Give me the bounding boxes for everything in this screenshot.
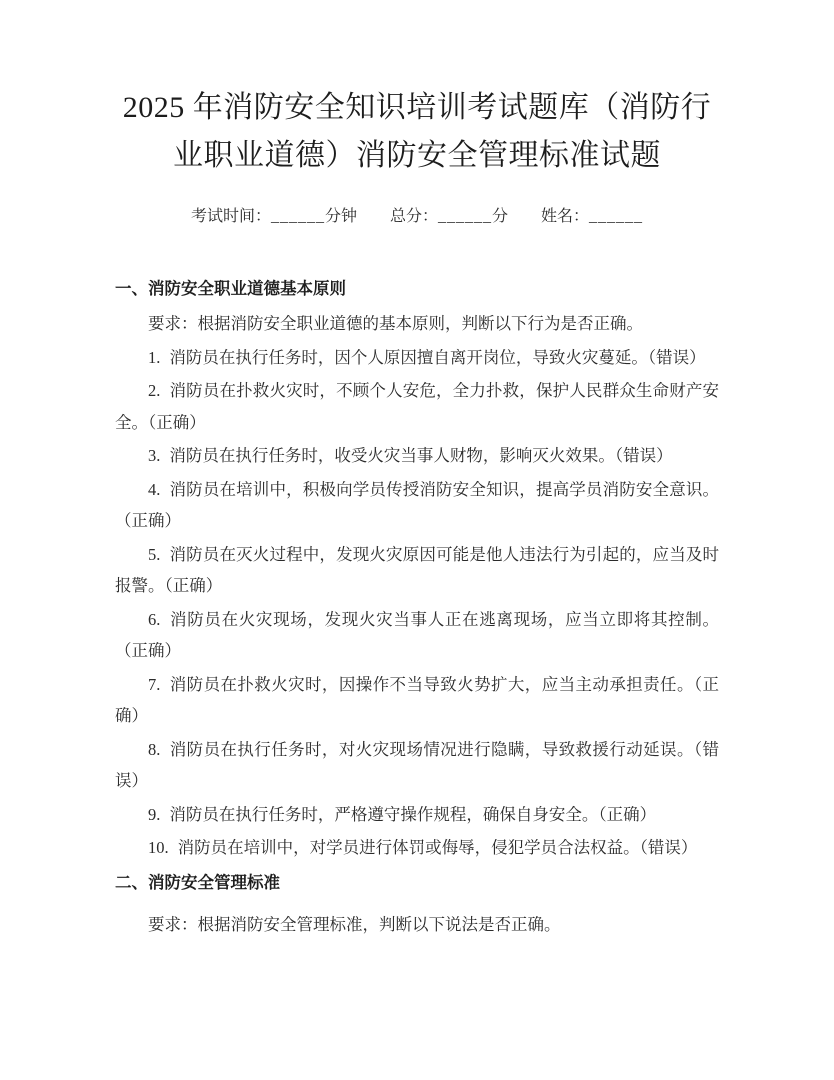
question-2-text: 消防员在扑救火灾时，不顾个人安危，全力扑救，保护人民群众生命财产安全。（正确） [115, 381, 719, 432]
section-2-heading: 二、消防安全管理标准 [115, 867, 719, 899]
question-10-text: 消防员在培训中，对学员进行体罚或侮辱，侵犯学员合法权益。（错误） [178, 838, 698, 857]
question-7-text: 消防员在扑救火灾时，因操作不当导致火势扩大，应当主动承担责任。（正确） [115, 675, 719, 726]
question-3: 3.消防员在执行任务时，收受火灾当事人财物，影响灭火效果。（错误） [115, 440, 719, 472]
question-10-number: 10. [148, 838, 169, 857]
exam-time-unit: 分钟 [325, 208, 357, 225]
exam-time-blank: ______ [271, 208, 325, 225]
question-8: 8.消防员在执行任务时，对火灾现场情况进行隐瞒，导致救援行动延误。（错误） [115, 734, 719, 797]
total-score-label: 总分： [390, 208, 438, 225]
section-1-requirement: 要求：根据消防安全职业道德的基本原则，判断以下行为是否正确。 [115, 308, 719, 340]
question-6: 6.消防员在火灾现场，发现火灾当事人正在逃离现场，应当立即将其控制。（正确） [115, 604, 719, 667]
question-5: 5.消防员在灭火过程中，发现火灾原因可能是他人违法行为引起的，应当及时报警。（正… [115, 539, 719, 602]
question-10: 10.消防员在培训中，对学员进行体罚或侮辱，侵犯学员合法权益。（错误） [115, 832, 719, 864]
question-4-number: 4. [148, 480, 160, 499]
question-5-number: 5. [148, 545, 160, 564]
document-page: 2025 年消防安全知识培训考试题库（消防行业职业道德）消防安全管理标准试题 考… [0, 0, 834, 1080]
question-8-text: 消防员在执行任务时，对火灾现场情况进行隐瞒，导致救援行动延误。（错误） [115, 740, 719, 791]
section-2-requirement: 要求：根据消防安全管理标准，判断以下说法是否正确。 [115, 909, 719, 941]
question-2-number: 2. [148, 381, 160, 400]
question-3-text: 消防员在执行任务时，收受火灾当事人财物，影响灭火效果。（错误） [169, 446, 672, 465]
question-2: 2.消防员在扑救火灾时，不顾个人安危，全力扑救，保护人民群众生命财产安全。（正确… [115, 375, 719, 438]
question-6-text: 消防员在火灾现场，发现火灾当事人正在逃离现场，应当立即将其控制。（正确） [115, 610, 719, 661]
question-1-text: 消防员在执行任务时，因个人原因擅自离开岗位，导致火灾蔓延。（错误） [169, 348, 705, 367]
section-1-heading: 一、消防安全职业道德基本原则 [115, 273, 719, 305]
question-3-number: 3. [148, 446, 160, 465]
question-7-number: 7. [148, 675, 160, 694]
name-blank: ______ [589, 208, 643, 225]
question-1: 1.消防员在执行任务时，因个人原因擅自离开岗位，导致火灾蔓延。（错误） [115, 342, 719, 374]
question-7: 7.消防员在扑救火灾时，因操作不当导致火势扩大，应当主动承担责任。（正确） [115, 669, 719, 732]
total-score-unit: 分 [492, 208, 508, 225]
question-8-number: 8. [148, 740, 160, 759]
name-field: 姓名：______ [541, 206, 643, 227]
question-4-text: 消防员在培训中，积极向学员传授消防安全知识，提高学员消防安全意识。（正确） [115, 480, 719, 531]
total-score-blank: ______ [438, 208, 492, 225]
question-4: 4.消防员在培训中，积极向学员传授消防安全知识，提高学员消防安全意识。（正确） [115, 474, 719, 537]
total-score-field: 总分：______分 [390, 206, 508, 227]
section-1: 一、消防安全职业道德基本原则 要求：根据消防安全职业道德的基本原则，判断以下行为… [115, 273, 719, 864]
document-title: 2025 年消防安全知识培训考试题库（消防行业职业道德）消防安全管理标准试题 [115, 84, 719, 180]
question-6-number: 6. [148, 610, 160, 629]
question-5-text: 消防员在灭火过程中，发现火灾原因可能是他人违法行为引起的，应当及时报警。（正确） [115, 545, 719, 596]
question-9-text: 消防员在执行任务时，严格遵守操作规程，确保自身安全。（正确） [169, 805, 656, 824]
name-label: 姓名： [541, 208, 589, 225]
section-2: 二、消防安全管理标准 要求：根据消防安全管理标准，判断以下说法是否正确。 [115, 867, 719, 941]
question-9-number: 9. [148, 805, 160, 824]
question-9: 9.消防员在执行任务时，严格遵守操作规程，确保自身安全。（正确） [115, 799, 719, 831]
exam-time-label: 考试时间： [191, 208, 271, 225]
exam-time-field: 考试时间：______分钟 [191, 206, 357, 227]
question-1-number: 1. [148, 348, 160, 367]
exam-info-line: 考试时间：______分钟 总分：______分 姓名：______ [115, 206, 719, 227]
